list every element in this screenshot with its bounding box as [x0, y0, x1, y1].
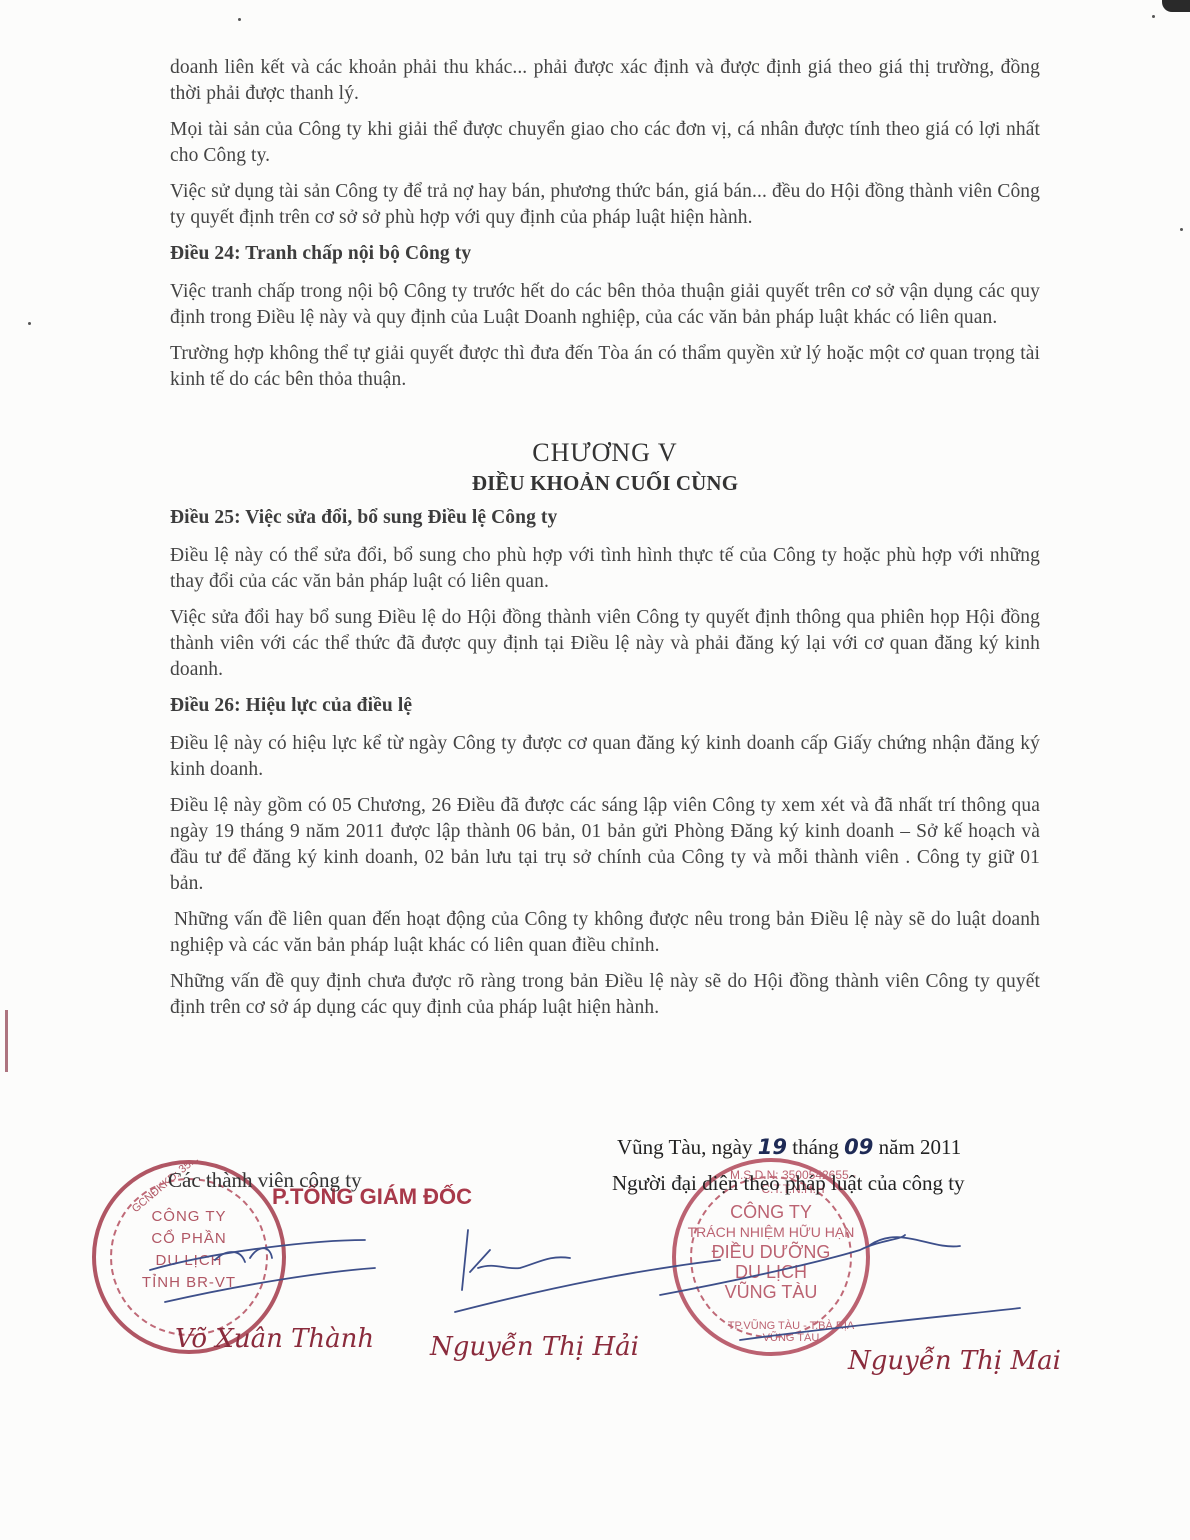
scan-edge-shadow [1162, 0, 1190, 12]
paragraph: Việc sửa đổi hay bổ sung Điều lệ do Hội … [170, 605, 1040, 683]
scan-speck [238, 18, 241, 21]
signer-name: Võ Xuân Thành [175, 1324, 374, 1354]
document-body: doanh liên kết và các khoản phải thu khá… [170, 55, 1040, 1031]
seal-line: DU LỊCH [96, 1250, 282, 1272]
signing-date: Vũng Tàu, ngày 19 tháng 09 năm 2011 [617, 1135, 961, 1160]
month-prefix: tháng [787, 1135, 844, 1159]
paragraph: Mọi tài sản của Công ty khi giải thể đượ… [170, 117, 1040, 169]
paragraph: Những vấn đề quy định chưa được rõ ràng … [170, 969, 1040, 1021]
legal-representative-label: Người đại diện theo pháp luật của công t… [612, 1171, 965, 1196]
date-day-handwritten: 19 [758, 1135, 787, 1159]
paragraph: Điều lệ này gồm có 05 Chương, 26 Điều đã… [170, 793, 1040, 897]
paragraph: Trường hợp không thể tự giải quyết được … [170, 341, 1040, 393]
article-26-heading: Điều 26: Hiệu lực của điều lệ [170, 693, 1040, 719]
seal-line: CÔNG TY [676, 1202, 866, 1222]
article-25-heading: Điều 25: Việc sửa đổi, bổ sung Điều lệ C… [170, 505, 1040, 531]
date-year: năm 2011 [873, 1135, 961, 1159]
date-month-handwritten: 09 [844, 1135, 873, 1159]
chapter-title: CHƯƠNG V [170, 437, 1040, 469]
seal-line: CỔ PHẦN [96, 1228, 282, 1250]
scan-speck [1152, 15, 1155, 18]
paragraph: Việc sử dụng tài sản Công ty để trả nợ h… [170, 179, 1040, 231]
paragraph: Những vấn đề liên quan đến hoạt động của… [170, 907, 1040, 959]
date-prefix: Vũng Tàu, ngày [617, 1135, 758, 1159]
members-label: Các thành viên công ty [168, 1168, 362, 1193]
seal-line: TRÁCH NHIỆM HỮU HẠN [676, 1222, 866, 1242]
paragraph: Việc tranh chấp trong nội bộ Công ty trư… [170, 279, 1040, 331]
paragraph: Điều lệ này có hiệu lực kể từ ngày Công … [170, 731, 1040, 783]
scan-speck [1180, 228, 1183, 231]
article-24-heading: Điều 24: Tranh chấp nội bộ Công ty [170, 241, 1040, 267]
scan-edge-mark [5, 1010, 8, 1072]
seal-line: ĐIỀU DƯỠNG [676, 1242, 866, 1262]
seal-line: CÔNG TY [96, 1206, 282, 1228]
paragraph: Điều lệ này có thể sửa đổi, bổ sung cho … [170, 543, 1040, 595]
signer-name: Nguyễn Thị Hải [430, 1332, 639, 1362]
seal-ring-bottom: TP.VŨNG TÀU - T.BÀ RỊA VŨNG TÀU [716, 1320, 866, 1344]
scan-speck [28, 322, 31, 325]
paragraph: doanh liên kết và các khoản phải thu khá… [170, 55, 1040, 107]
seal-line: DU LỊCH [676, 1262, 866, 1282]
chapter-subtitle: ĐIỀU KHOẢN CUỐI CÙNG [170, 469, 1040, 497]
seal-line: VŨNG TÀU [676, 1282, 866, 1302]
signer-name: Nguyễn Thị Mai [848, 1346, 1061, 1376]
seal-line: TỈNH BR-VT [96, 1272, 282, 1294]
